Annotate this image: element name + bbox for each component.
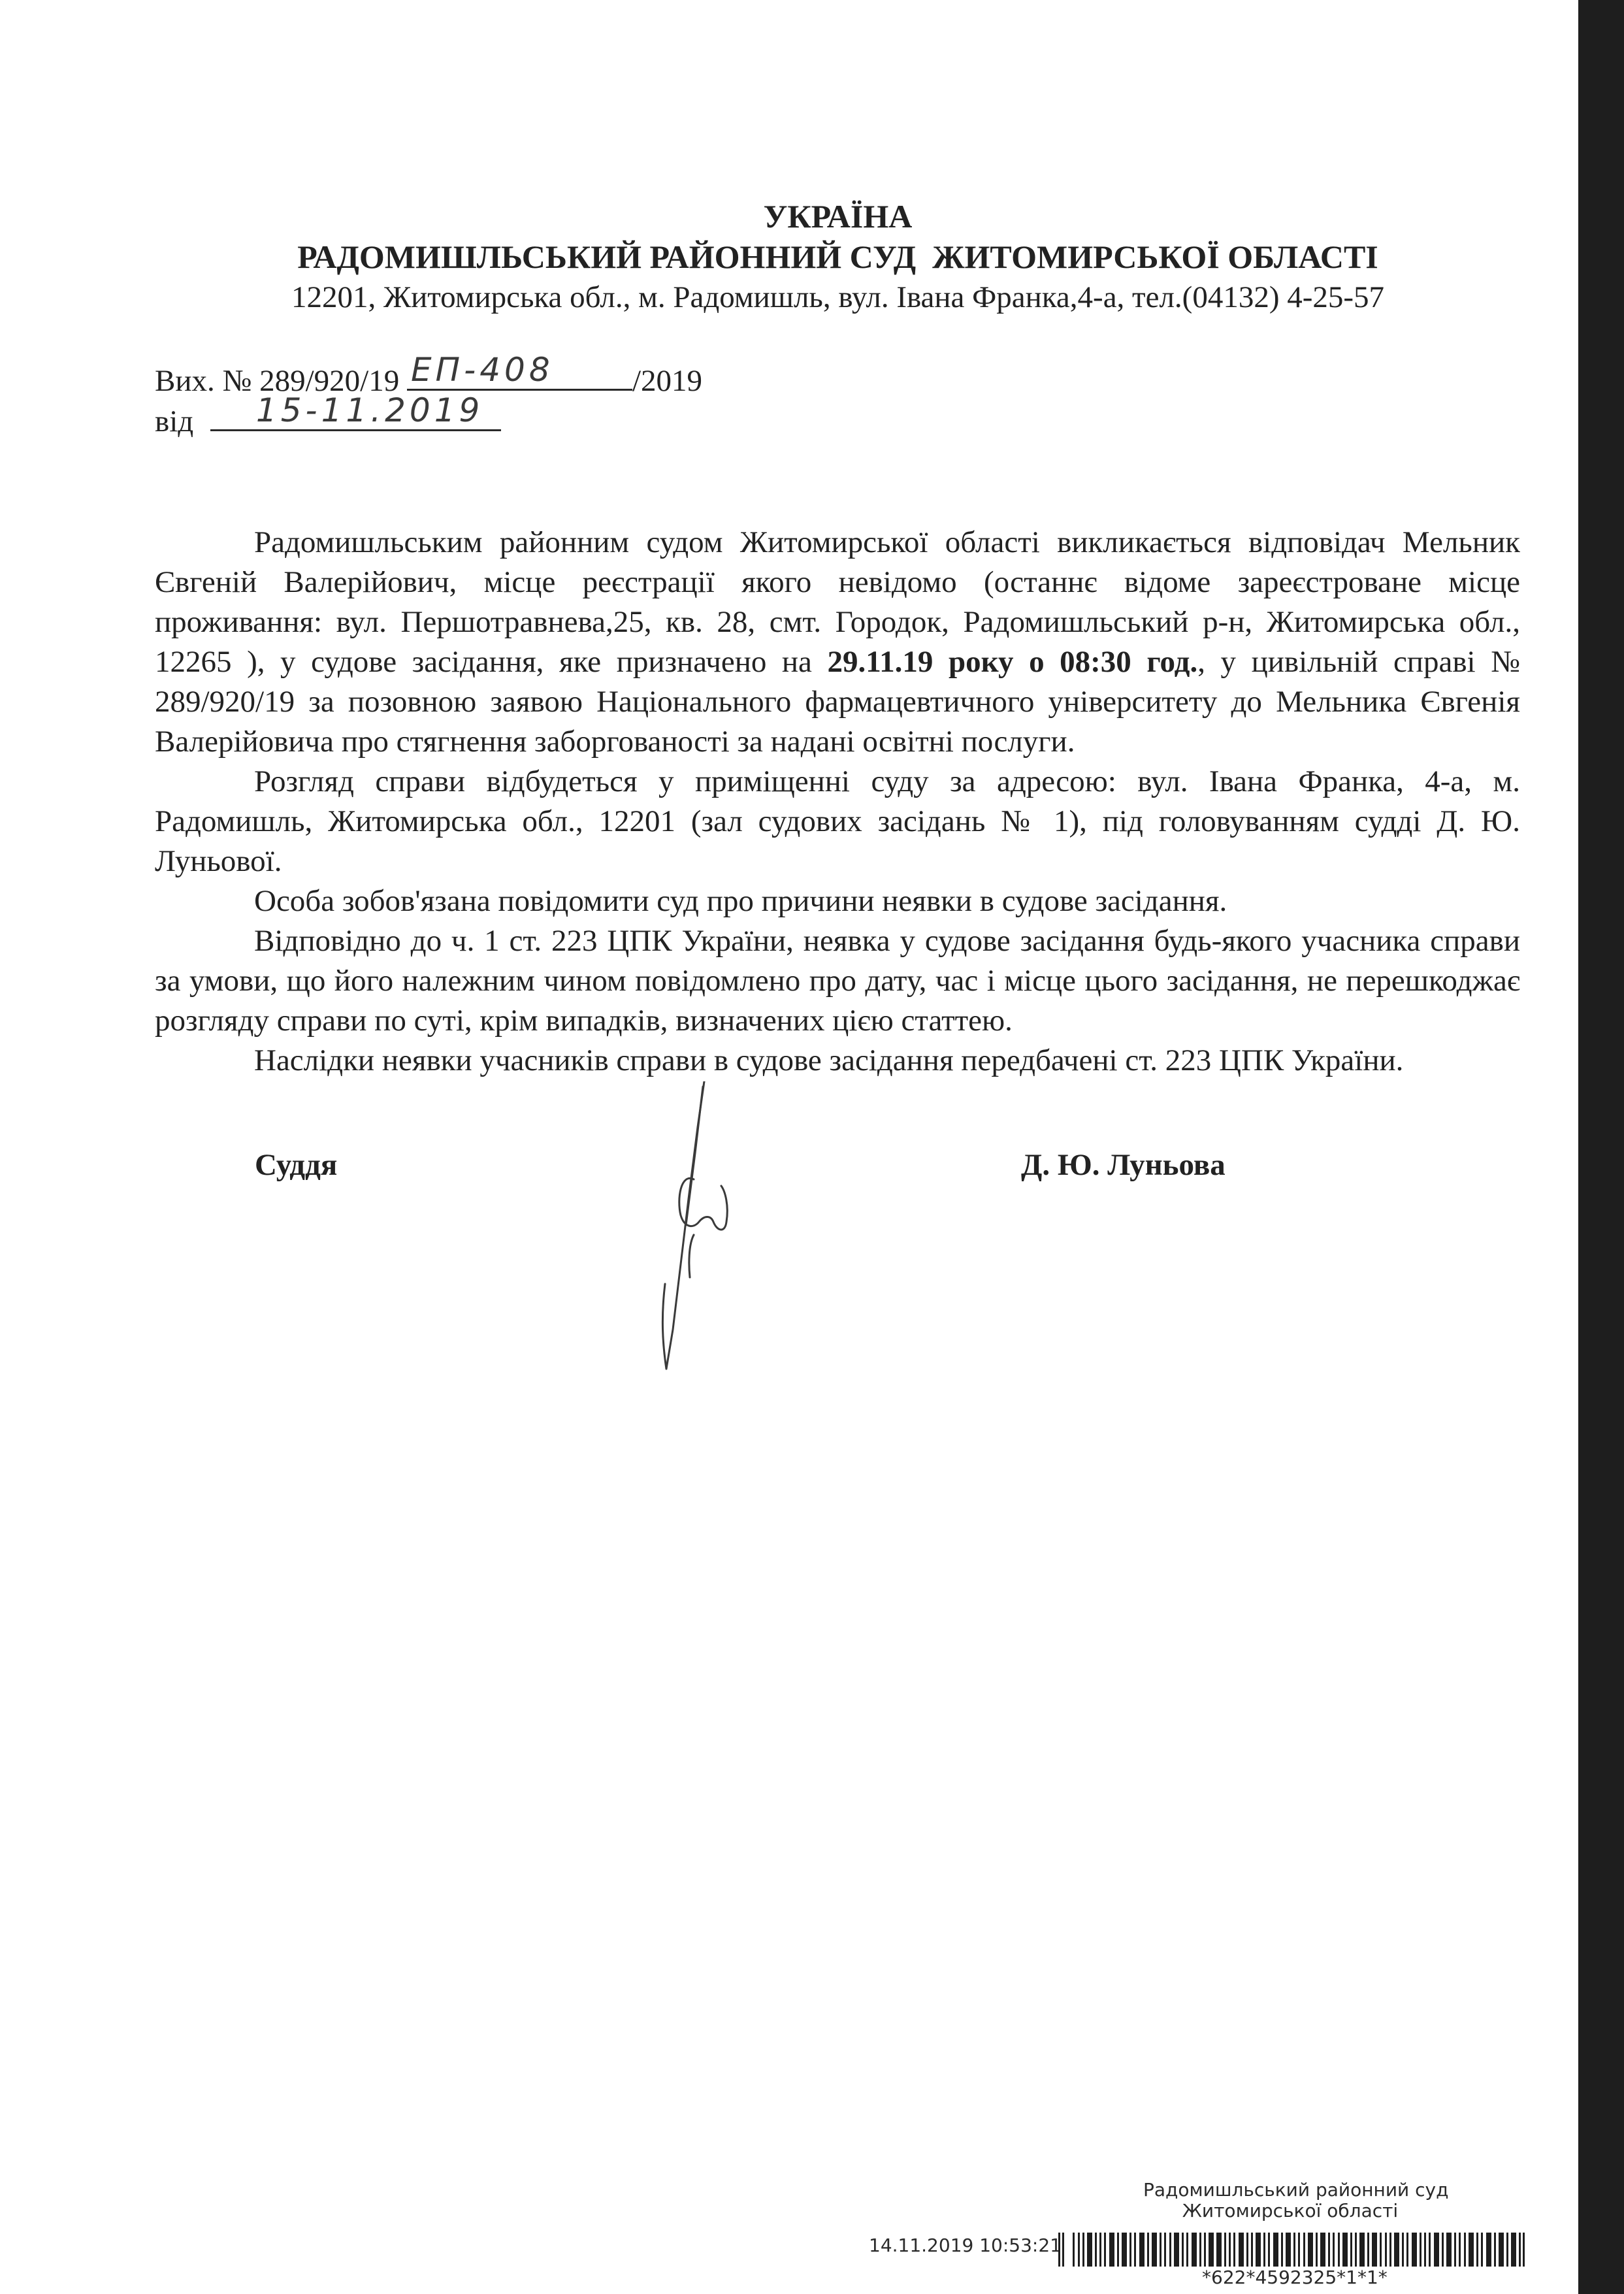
paragraph-venue: Розгляд справи відбудеться у приміщенні … <box>155 762 1520 881</box>
stamp-timestamp: 14.11.2019 10:53:21 <box>869 2236 1062 2255</box>
outgoing-number-fill: ЕП-408 <box>407 356 632 391</box>
outgoing-date-fill: 15-11.2019 <box>210 397 501 431</box>
barcode-number: *622*4592325*1*1* <box>1202 2268 1388 2287</box>
country-title: УКРАЇНА <box>154 196 1522 237</box>
scan-edge-shadow <box>1578 0 1624 2294</box>
stamp-court-line-2: Житомирської області <box>1143 2201 1437 2221</box>
paragraph-obligation: Особа зобов'язана повідомити суд про при… <box>155 881 1520 921</box>
hearing-datetime: 29.11.19 року о 08:30 год. <box>827 645 1197 679</box>
outgoing-date-label: від <box>155 404 193 438</box>
summons-body: Радомишльським районним судом Житомирськ… <box>155 523 1520 1081</box>
court-name: РАДОМИШЛЬСЬКИЙ РАЙОННИЙ СУД ЖИТОМИРСЬКОЇ… <box>154 237 1522 277</box>
signer-role: Суддя <box>255 1145 337 1185</box>
signer-name: Д. Ю. Луньова <box>1021 1145 1226 1185</box>
registry-stamp: Радомишльський районний суд Житомирської… <box>869 2172 1529 2277</box>
outgoing-number-row: Вих. № 289/920/19 ЕП-408 /2019 <box>155 356 702 397</box>
outgoing-number-suffix: /2019 <box>632 364 702 398</box>
outgoing-date-row: від 15-11.2019 <box>155 397 702 437</box>
paragraph-summons: Радомишльським районним судом Житомирськ… <box>155 523 1520 762</box>
handwritten-number: ЕП-408 <box>411 353 554 386</box>
paragraph-law-reference: Відповідно до ч. 1 ст. 223 ЦПК України, … <box>155 921 1520 1041</box>
paragraph-consequences: Наслідки неявки учасників справи в судов… <box>155 1041 1520 1081</box>
letterhead: УКРАЇНА РАДОМИШЛЬСЬКИЙ РАЙОННИЙ СУД ЖИТО… <box>154 196 1522 318</box>
barcode-icon <box>1058 2233 1525 2267</box>
handwritten-signature-icon <box>621 1081 817 1382</box>
outgoing-reference: Вих. № 289/920/19 ЕП-408 /2019 від 15-11… <box>155 356 702 437</box>
handwritten-date: 15-11.2019 <box>256 394 483 427</box>
stamp-court-line-1: Радомишльський районний суд <box>1143 2180 1437 2200</box>
court-address: 12201, Житомирська обл., м. Радомишль, в… <box>154 277 1522 318</box>
